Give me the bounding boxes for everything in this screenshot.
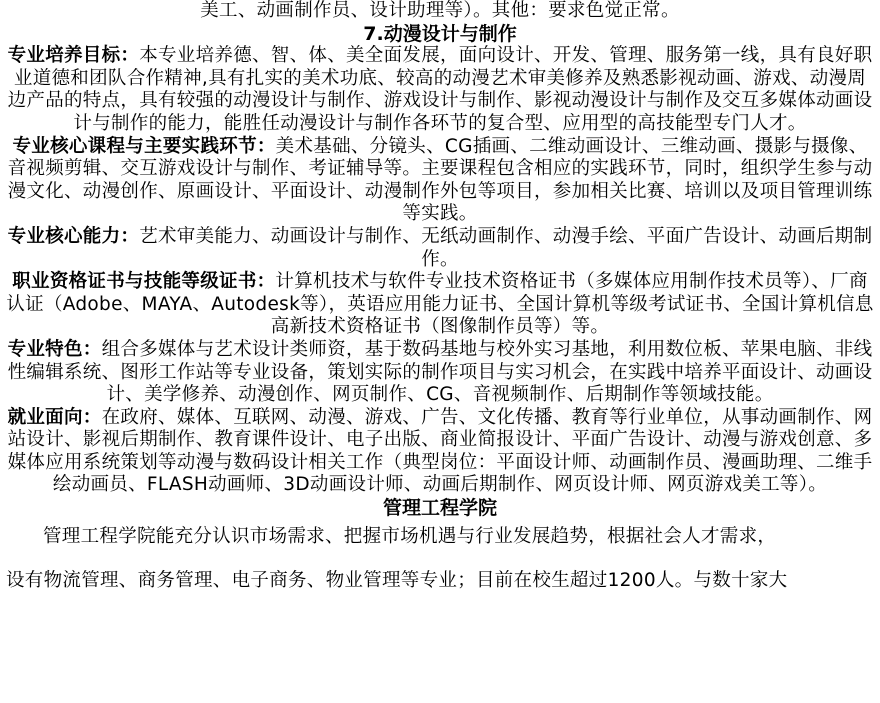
section-title: 7.动漫设计与制作 bbox=[6, 23, 874, 46]
block-core-abilities: 专业核心能力：艺术审美能力、动画设计与制作、无纸动画制作、动漫手绘、平面广告设计… bbox=[6, 226, 874, 271]
block-label: 专业核心课程与主要实践环节： bbox=[12, 136, 275, 157]
block-certificates: 职业资格证书与技能等级证书：计算机技术与软件专业技术资格证书（多媒体应用制作技术… bbox=[6, 271, 874, 339]
block-text: 艺术审美能力、动画设计与制作、无纸动画制作、动漫手绘、平面广告设计、动画后期制作… bbox=[139, 226, 872, 270]
block-label: 职业资格证书与技能等级证书： bbox=[12, 271, 275, 292]
block-training-goal: 专业培养目标：本专业培养德、智、体、美全面发展，面向设计、开发、管理、服务第一线… bbox=[6, 45, 874, 135]
block-text: 组合多媒体与艺术设计类师资，基于数码基地与校外实习基地，利用数位板、苹果电脑、非… bbox=[8, 339, 873, 405]
leading-text: 美工、动画制作员、设计助理等）。其他：要求色觉正常。 bbox=[6, 0, 874, 23]
block-label: 专业特色： bbox=[8, 339, 102, 360]
college-intro-line-2: 设有物流管理、商务管理、电子商务、物业管理等专业；目前在校生超过1200人。与数… bbox=[6, 570, 874, 593]
document-page: 美工、动画制作员、设计助理等）。其他：要求色觉正常。 7.动漫设计与制作 专业培… bbox=[0, 0, 880, 593]
college-title: 管理工程学院 bbox=[6, 497, 874, 520]
block-label: 专业核心能力： bbox=[8, 226, 140, 247]
block-core-courses: 专业核心课程与主要实践环节：美术基础、分镜头、CG插画、二维动画设计、三维动画、… bbox=[6, 136, 874, 226]
block-label: 专业培养目标： bbox=[8, 45, 140, 66]
block-label: 就业面向： bbox=[8, 407, 102, 428]
block-text: 在政府、媒体、互联网、动漫、游戏、广告、文化传播、教育等行业单位，从事动画制作、… bbox=[8, 407, 873, 496]
block-employment: 就业面向：在政府、媒体、互联网、动漫、游戏、广告、文化传播、教育等行业单位，从事… bbox=[6, 407, 874, 497]
college-intro-line-1: 管理工程学院能充分认识市场需求、把握市场机遇与行业发展趋势，根据社会人才需求， bbox=[6, 526, 874, 549]
block-features: 专业特色：组合多媒体与艺术设计类师资，基于数码基地与校外实习基地，利用数位板、苹… bbox=[6, 339, 874, 407]
